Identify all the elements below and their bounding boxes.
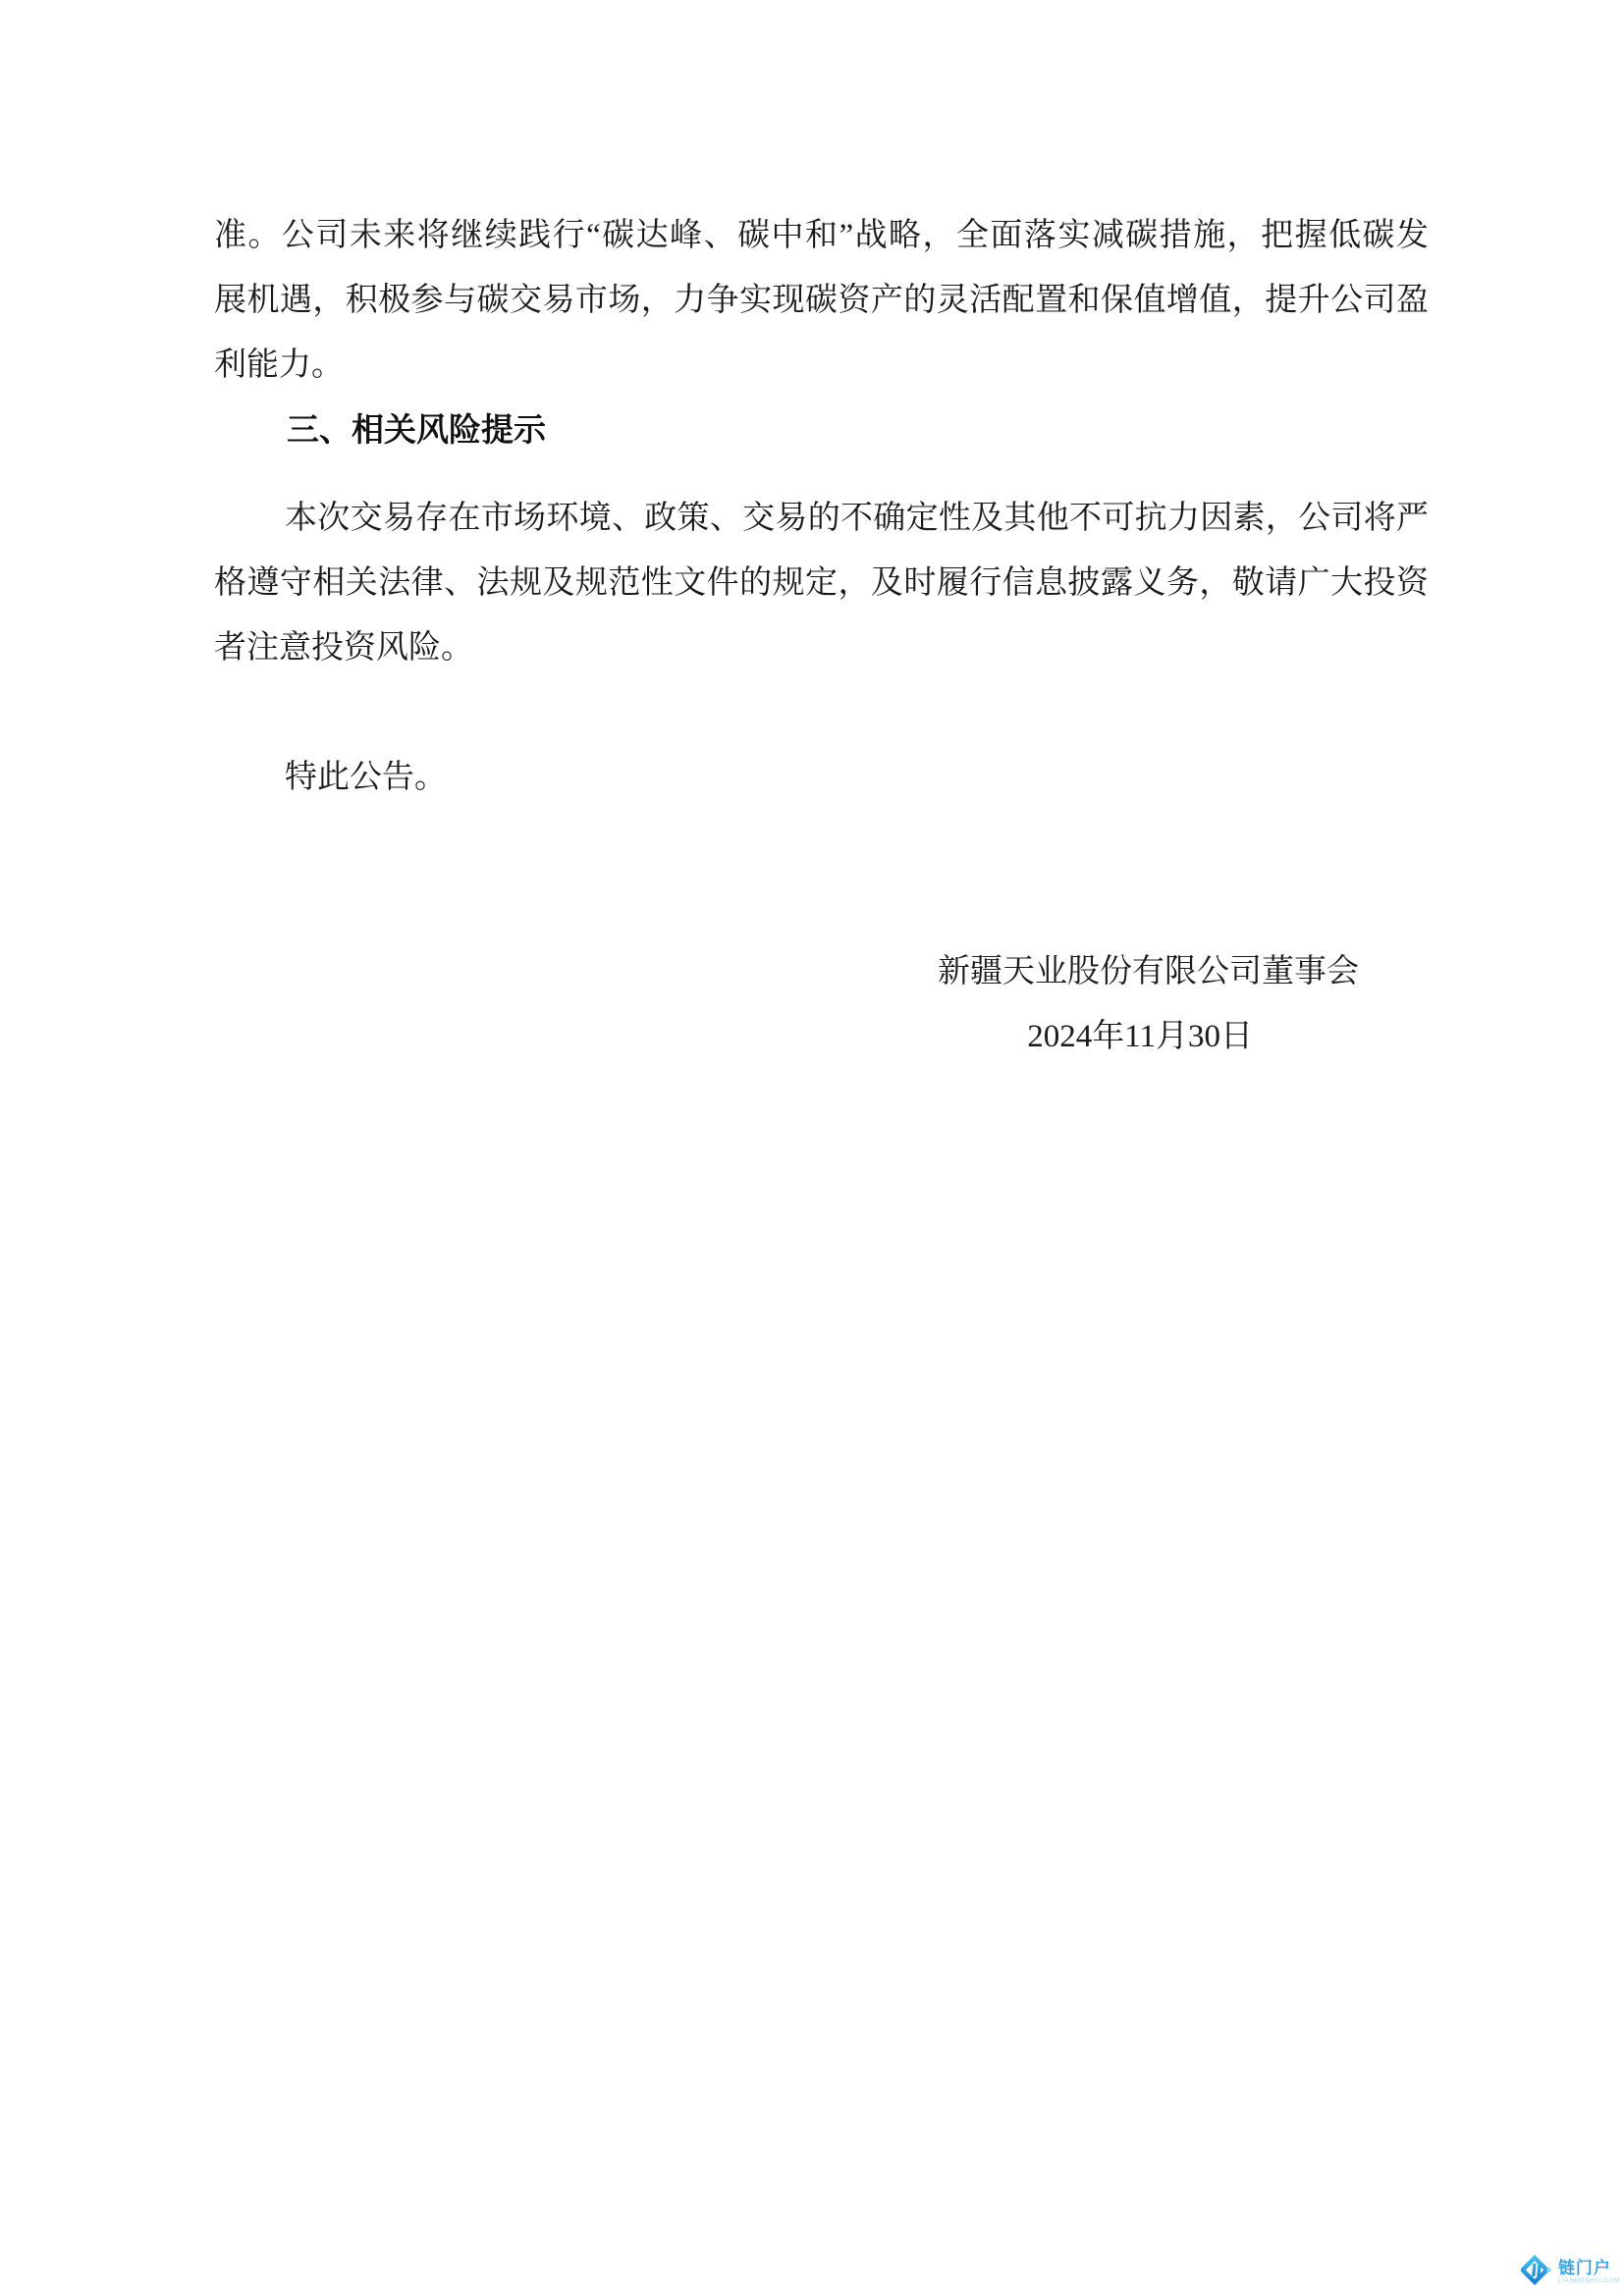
announcement-page: 准。公司未来将继续践行“碳达峰、碳中和”战略，全面落实减碳措施，把握低碳发 展机… [0, 0, 1624, 2296]
body-text-line: 格遵守相关法律、法规及规范性文件的规定，及时履行信息披露义务，敬请广大投资 [214, 551, 1429, 615]
section-heading-risk-notice: 三、相关风险提示 [214, 398, 1429, 462]
lianmenhu-logo-icon [1521, 2254, 1553, 2291]
announcement-date: 2024年11月30日 [214, 1004, 1429, 1069]
closing-statement: 特此公告。 [214, 745, 1429, 810]
body-text-line: 展机遇，积极参与碳交易市场，力争实现碳资产的灵活配置和保值增值，提升公司盈 [214, 268, 1429, 333]
body-text-line: 者注意投资风险。 [214, 615, 1429, 680]
document-body: 准。公司未来将继续践行“碳达峰、碳中和”战略，全面落实减碳措施，把握低碳发 展机… [214, 203, 1429, 1069]
lianmenhu-watermark: 链门户 LIANMENHU.COM [1521, 2254, 1620, 2291]
body-text-line: 利能力。 [214, 333, 1429, 398]
lianmenhu-logo-text: 链门户 LIANMENHU.COM [1558, 2260, 1620, 2285]
paragraph-continuation: 准。公司未来将继续践行“碳达峰、碳中和”战略，全面落实减碳措施，把握低碳发 展机… [214, 203, 1429, 398]
lianmenhu-brand-name: 链门户 [1558, 2260, 1611, 2276]
body-text-line: 准。公司未来将继续践行“碳达峰、碳中和”战略，全面落实减碳措施，把握低碳发 [214, 203, 1429, 268]
lianmenhu-url-text: LIANMENHU.COM [1558, 2278, 1620, 2285]
board-signature: 新疆天业股份有限公司董事会 [214, 939, 1429, 1004]
body-text-line: 本次交易存在市场环境、政策、交易的不确定性及其他不可抗力因素，公司将严 [214, 486, 1429, 551]
paragraph-risk: 本次交易存在市场环境、政策、交易的不确定性及其他不可抗力因素，公司将严 格遵守相… [214, 486, 1429, 680]
